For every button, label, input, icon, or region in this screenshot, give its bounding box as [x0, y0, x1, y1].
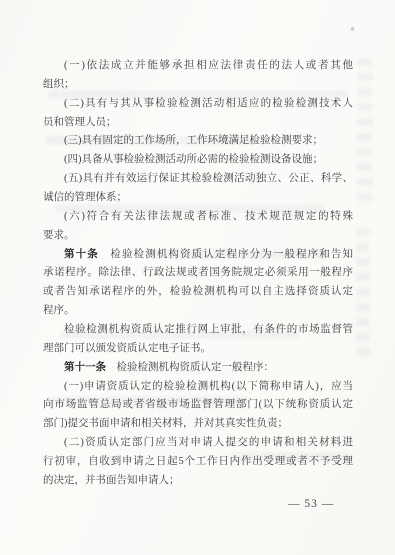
text-line: 检验检测机构资质认定推行网上审批，有条件的市场监督管: [43, 321, 353, 340]
scan-bleed-artifact: [357, 58, 373, 208]
text-line: 要求。: [43, 227, 353, 246]
text-line: (五)具有并有效运行保证其检验检测活动独立、公正、科学、: [43, 170, 353, 189]
text-line: 部门)提交书面申请和相关材料，并对其真实性负责；: [43, 415, 353, 434]
text-line: 第十条 检验检测机构资质认定程序分为一般程序和告知: [43, 246, 353, 265]
text-line: (一)申请资质认定的检验检测机构(以下简称申请人)，应当: [43, 378, 353, 397]
text-line: 或者告知承诺程序的外，检验检测机构可以自主选择资质认定: [43, 283, 353, 302]
scan-bleed-artifact: [356, 228, 370, 358]
text-line: (四)具备从事检验检测活动所必需的检验检测设备设施；: [43, 151, 353, 170]
text-line: 行初审，自收到申请之日起5个工作日内作出受理或者不予受理: [43, 453, 353, 472]
text-line: 诚信的管理体系；: [43, 189, 353, 208]
scan-speck-artifact: [351, 27, 354, 31]
article-number: 第十一条: [64, 362, 106, 373]
text-line: (二)资质认定部门应当对申请人提交的申请和相关材料进: [43, 434, 353, 453]
text-line: 程序。: [43, 302, 353, 321]
article-number: 第十条: [64, 249, 99, 260]
text-line: (六)符合有关法律法规或者标准、技术规范规定的特殊: [43, 208, 353, 227]
document-page: (一)依法成立并能够承担相应法律责任的法人或者其他组织；(二)具有与其从事检验检…: [0, 0, 395, 555]
text-line: 第十一条 检验检测机构资质认定一般程序：: [43, 359, 353, 378]
page-number: — 53 —: [288, 498, 334, 510]
document-body: (一)依法成立并能够承担相应法律责任的法人或者其他组织；(二)具有与其从事检验检…: [43, 57, 353, 491]
text-line: 员和管理人员；: [43, 114, 353, 133]
text-line: 的决定，并书面告知申请人；: [43, 472, 353, 491]
text-line: 承诺程序。除法律、行政法规或者国务院规定必须采用一般程序: [43, 264, 353, 283]
text-line: 理部门可以颁发资质认定电子证书。: [43, 340, 353, 359]
text-line: 向市场监管总局或者省级市场监督管理部门(以下统称资质认定: [43, 396, 353, 415]
text-line: 组织；: [43, 76, 353, 95]
text-line: (二)具有与其从事检验检测活动相适应的检验检测技术人: [43, 95, 353, 114]
text-line: (一)依法成立并能够承担相应法律责任的法人或者其他: [43, 57, 353, 76]
text-line: (三)具有固定的工作场所，工作环境满足检验检测要求；: [43, 132, 353, 151]
